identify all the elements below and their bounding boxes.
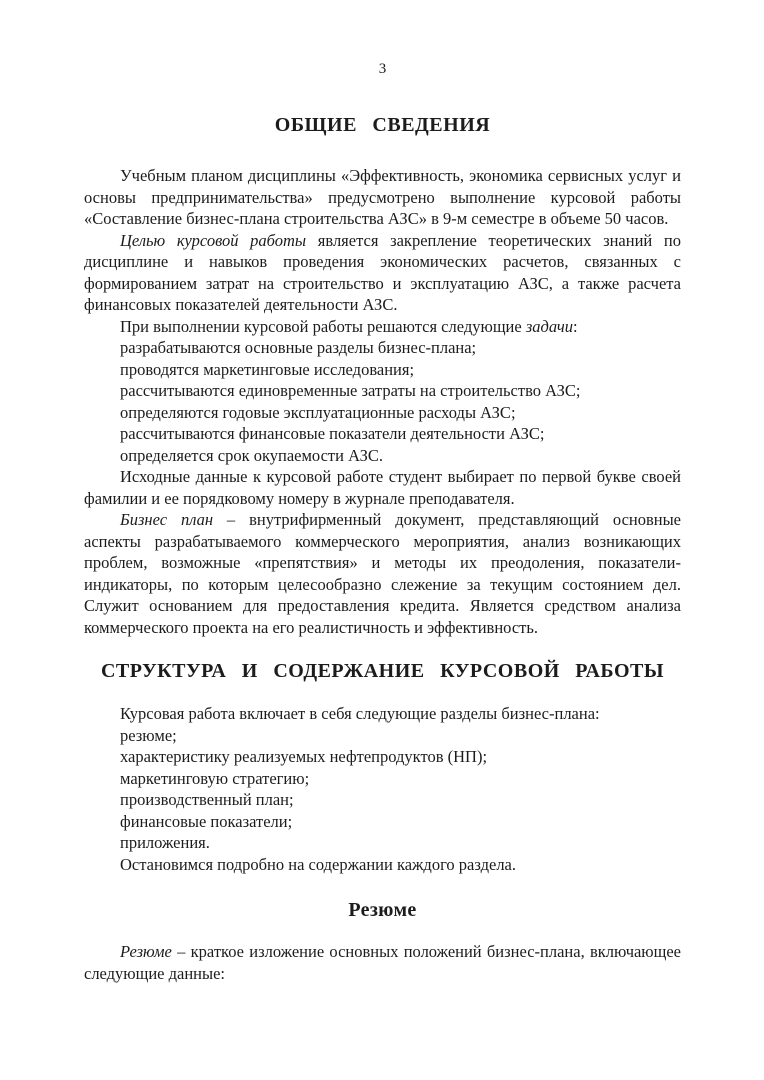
paragraph-goal: Целью курсовой работы является закреплен…: [84, 230, 681, 316]
paragraph-structure-intro: Курсовая работа включает в себя следующи…: [84, 703, 681, 725]
heading-general-info: ОБЩИЕ СВЕДЕНИЯ: [84, 112, 681, 138]
tasks-lead-text: При выполнении курсовой работы решаются …: [120, 317, 526, 336]
business-plan-lead-italic: Бизнес план: [120, 510, 213, 529]
list-item: резюме;: [84, 725, 681, 747]
structure-list: резюме; характеристику реализуемых нефте…: [84, 725, 681, 854]
list-item: маркетинговую стратегию;: [84, 768, 681, 790]
paragraph-resume: Резюме – краткое изложение основных поло…: [84, 941, 681, 984]
list-item: рассчитываются финансовые показатели дея…: [84, 423, 681, 445]
tasks-word-italic: задачи: [526, 317, 573, 336]
list-item: производственный план;: [84, 789, 681, 811]
list-item: определяются годовые эксплуатационные ра…: [84, 402, 681, 424]
paragraph-business-plan: Бизнес план – внутрифирменный документ, …: [84, 509, 681, 638]
tasks-list: разрабатываются основные разделы бизнес-…: [84, 337, 681, 466]
list-item: разрабатываются основные разделы бизнес-…: [84, 337, 681, 359]
resume-rest-text: – краткое изложение основных положений б…: [84, 942, 681, 983]
list-item: приложения.: [84, 832, 681, 854]
list-item: проводятся маркетинговые исследования;: [84, 359, 681, 381]
list-item: характеристику реализуемых нефтепродукто…: [84, 746, 681, 768]
goal-lead-italic: Целью курсовой работы: [120, 231, 306, 250]
document-page: 3 ОБЩИЕ СВЕДЕНИЯ Учебным планом дисципли…: [0, 0, 764, 1080]
tasks-tail-text: :: [573, 317, 578, 336]
heading-resume: Резюме: [84, 897, 681, 923]
resume-lead-italic: Резюме: [120, 942, 172, 961]
list-item: финансовые показатели;: [84, 811, 681, 833]
heading-structure: СТРУКТУРА И СОДЕРЖАНИЕ КУРСОВОЙ РАБОТЫ: [84, 658, 681, 684]
paragraph-tasks-intro: При выполнении курсовой работы решаются …: [84, 316, 681, 338]
paragraph-structure-outro: Остановимся подробно на содержании каждо…: [84, 854, 681, 876]
list-item: рассчитываются единовременные затраты на…: [84, 380, 681, 402]
page-number: 3: [84, 60, 681, 78]
paragraph-source-data: Исходные данные к курсовой работе студен…: [84, 466, 681, 509]
list-item: определяется срок окупаемости АЗС.: [84, 445, 681, 467]
paragraph-curriculum: Учебным планом дисциплины «Эффективность…: [84, 165, 681, 230]
